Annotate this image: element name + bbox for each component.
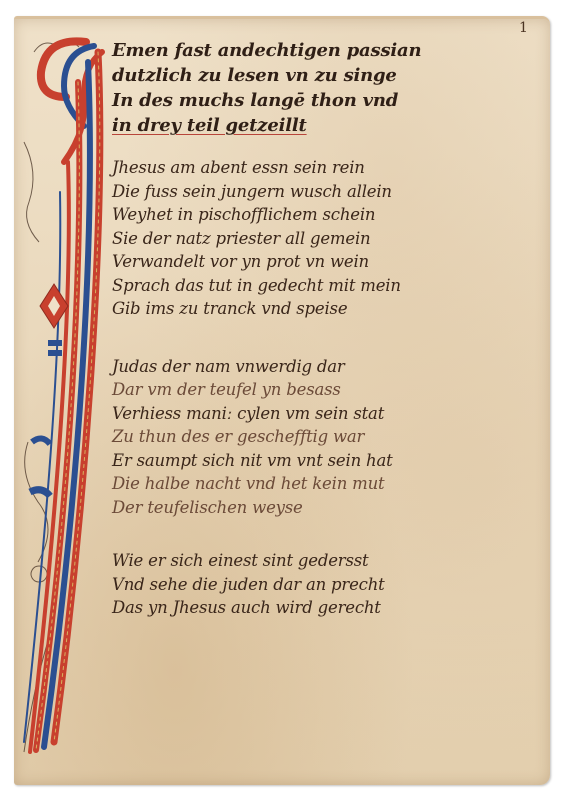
- folio-number: 1: [519, 20, 528, 36]
- verse-line: Judas der nam vnwerdig dar: [112, 355, 522, 379]
- stanza-3: Wie er sich einest sint gedersst Vnd seh…: [112, 549, 522, 620]
- manuscript-text: Emen fast andechtigen passian dutzlich z…: [112, 38, 522, 620]
- stanza-1: Jhesus am abent essn sein rein Die fuss …: [112, 156, 522, 321]
- verse-line: Gib ims zu tranck vnd speise: [112, 297, 522, 321]
- verse-line: Dar vm der teufel yn besass: [112, 378, 522, 402]
- verse-line: Verhiess maniː cylen vm sein stat: [112, 402, 522, 426]
- verse-line: Sprach das tut in gedecht mit mein: [112, 274, 522, 298]
- verse-line: Weyhet in pischofflichem schein: [112, 203, 522, 227]
- verse-line: Das yn Jhesus auch wird gerecht: [112, 596, 522, 620]
- title-line: In des muchs langē thon vnd: [112, 88, 522, 113]
- verse-line: Er saumpt sich nit vm vnt sein hat: [112, 449, 522, 473]
- verse-line: Sie der natz priester all gemein: [112, 227, 522, 251]
- verse-line: Zu thun des er geschefftig war: [112, 425, 522, 449]
- title-line: dutzlich zu lesen vn zu singe: [112, 63, 522, 88]
- verse-line: Der teufelischen weyse: [112, 496, 522, 520]
- title-line: in drey teil getzeillt: [112, 113, 522, 138]
- title-rubric: Emen fast andechtigen passian dutzlich z…: [112, 38, 522, 138]
- title-line: Emen fast andechtigen passian: [112, 38, 522, 63]
- verse-line: Vnd sehe die juden dar an precht: [112, 573, 522, 597]
- verse-line: Verwandelt vor yn prot vn wein: [112, 250, 522, 274]
- decorated-initial-e-icon: [14, 22, 124, 762]
- verse-line: Die halbe nacht vnd het kein mut: [112, 472, 522, 496]
- stanza-2: Judas der nam vnwerdig dar Dar vm der te…: [112, 355, 522, 520]
- verse-line: Wie er sich einest sint gedersst: [112, 549, 522, 573]
- verse-line: Die fuss sein jungern wusch allein: [112, 180, 522, 204]
- verse-line: Jhesus am abent essn sein rein: [112, 156, 522, 180]
